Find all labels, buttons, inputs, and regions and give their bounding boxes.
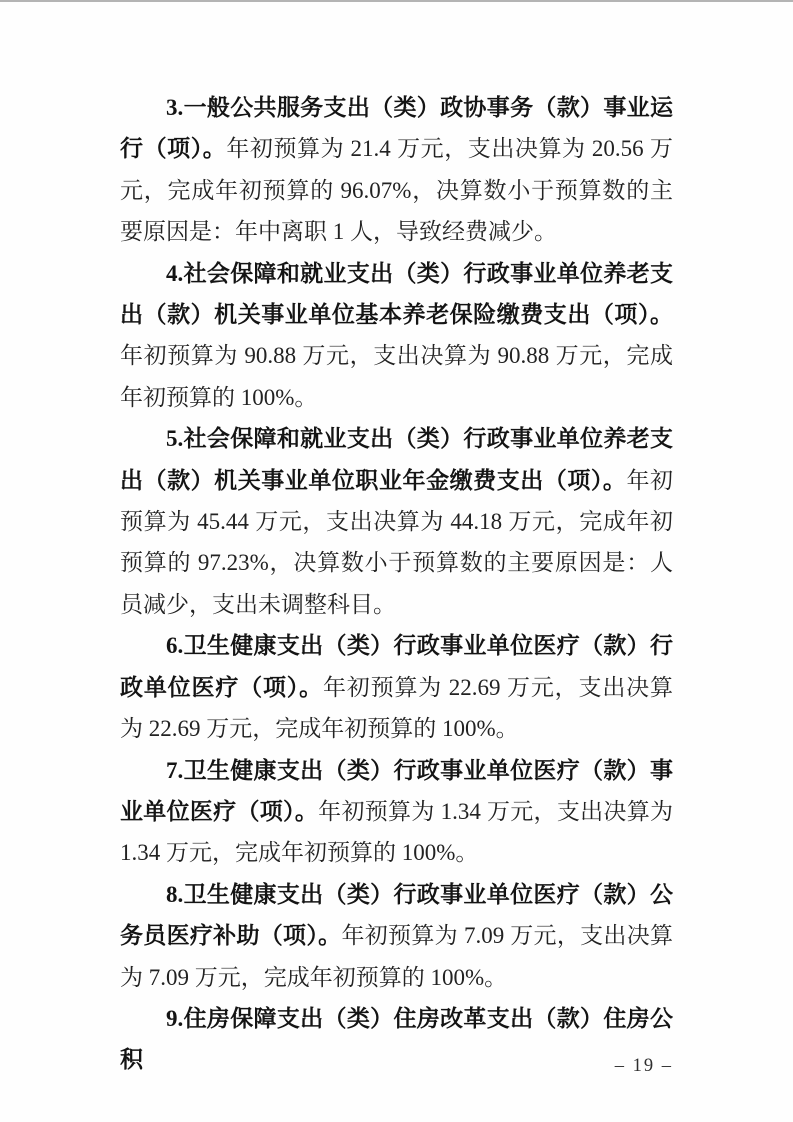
paragraph-title: 9.住房保障支出（类）住房改革支出（款）住房公积	[120, 1006, 673, 1072]
paragraph-item-9: 9.住房保障支出（类）住房改革支出（款）住房公积	[120, 998, 673, 1081]
paragraph-title: 5.社会保障和就业支出（类）行政事业单位养老支出（款）机关事业单位职业年金缴费支…	[120, 426, 673, 492]
document-body: 3.一般公共服务支出（类）政协事务（款）事业运行（项）。年初预算为 21.4 万…	[120, 87, 673, 1081]
paragraph-item-8: 8.卫生健康支出（类）行政事业单位医疗（款）公务员医疗补助（项）。年初预算为 7…	[120, 874, 673, 998]
paragraph-item-3: 3.一般公共服务支出（类）政协事务（款）事业运行（项）。年初预算为 21.4 万…	[120, 87, 673, 253]
page-number: – 19 –	[615, 1054, 673, 1078]
paragraph-item-5: 5.社会保障和就业支出（类）行政事业单位养老支出（款）机关事业单位职业年金缴费支…	[120, 418, 673, 625]
paragraph-title: 4.社会保障和就业支出（类）行政事业单位养老支出（款）机关事业单位基本养老保险缴…	[120, 261, 673, 327]
paragraph-item-4: 4.社会保障和就业支出（类）行政事业单位养老支出（款）机关事业单位基本养老保险缴…	[120, 253, 673, 419]
document-page: 3.一般公共服务支出（类）政协事务（款）事业运行（项）。年初预算为 21.4 万…	[0, 0, 793, 1122]
scan-artifact-top-edge	[0, 0, 793, 2]
paragraph-text: 年初预算为 90.88 万元，支出决算为 90.88 万元，完成年初预算的 10…	[120, 343, 673, 409]
paragraph-item-6: 6.卫生健康支出（类）行政事业单位医疗（款）行政单位医疗（项）。年初预算为 22…	[120, 625, 673, 749]
paragraph-item-7: 7.卫生健康支出（类）行政事业单位医疗（款）事业单位医疗（项）。年初预算为 1.…	[120, 750, 673, 874]
